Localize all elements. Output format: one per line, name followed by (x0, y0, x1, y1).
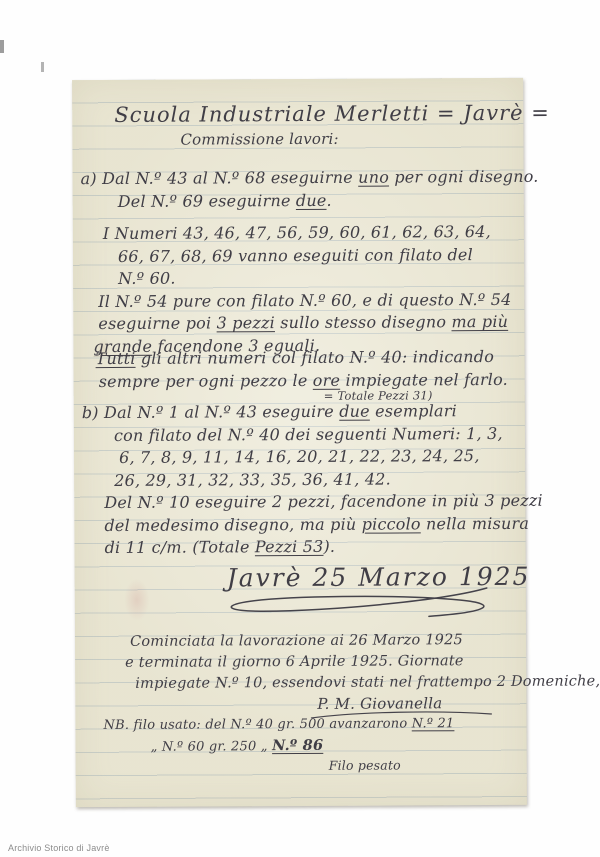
handwritten-text: Commissione lavori: (180, 130, 338, 149)
handwritten-line: N.º 60. (118, 266, 524, 291)
handwritten-text: Javrè 25 Marzo 1925 (227, 561, 531, 592)
handwritten-line: „ N.º 60 gr. 250 „ N.º 86 (151, 733, 527, 757)
handwritten-line: a) Dal N.º 43 al N.º 68 eseguirne uno pe… (81, 166, 524, 191)
handwritten-text: piccolo (362, 514, 421, 533)
handwritten-line: Del N.º 10 eseguire 2 pezzi, facendone i… (104, 490, 525, 515)
handwritten-text: „ N.º 60 gr. 250 „ (151, 739, 273, 755)
handwritten-text: uno (358, 168, 389, 187)
handwritten-text: eseguirne poi (98, 313, 216, 333)
handwritten-line: con filato del N.º 40 dei seguenti Numer… (114, 422, 525, 447)
handwritten-text: del medesimo disegno, ma più (104, 514, 361, 534)
handwritten-line: Cominciata la lavorazione ai 26 Marzo 19… (130, 629, 526, 652)
handwritten-text: due (296, 190, 327, 209)
handwritten-text: I Numeri 43, 46, 47, 56, 59, 60, 61, 62,… (103, 222, 491, 243)
archive-watermark: Archivio Storico di Javrè (8, 843, 110, 853)
handwritten-text: Pezzi 53 (255, 537, 324, 556)
document-lines: Scuola Industriale Merletti = Javrè =Com… (72, 78, 527, 807)
handwritten-line: Javrè 25 Marzo 1925 (227, 559, 526, 595)
handwritten-text: ore (313, 370, 340, 389)
handwritten-text: N.º 21 (412, 716, 455, 731)
handwritten-line: impiegate N.º 10, essendovi stati nel fr… (135, 671, 526, 694)
handwritten-line: NB. filo usato: del N.º 40 gr. 500 avanz… (103, 712, 526, 735)
handwritten-text: Del N.º 69 eseguirne (118, 191, 296, 211)
handwritten-line: 6, 7, 8, 9, 11, 14, 16, 20, 21, 22, 23, … (119, 445, 525, 470)
handwritten-text: impiegate nel farlo. (340, 369, 508, 389)
handwritten-text: e terminata il giorno 6 Aprile 1925. Gio… (125, 653, 464, 671)
handwritten-text: 66, 67, 68, 69 vanno eseguiti con filato… (118, 245, 473, 266)
handwritten-text: N.º 86 (272, 736, 323, 753)
handwritten-line: 66, 67, 68, 69 vanno eseguiti con filato… (118, 243, 524, 268)
handwritten-line: eseguirne poi 3 pezzi sullo stesso diseg… (98, 311, 524, 336)
scan-artifact (41, 62, 44, 72)
handwritten-text: 6, 7, 8, 9, 11, 14, 16, 20, 21, 22, 23, … (119, 446, 480, 467)
handwritten-line: b) Dal N.º 1 al N.º 43 eseguire due esem… (82, 400, 525, 425)
handwritten-text: a) Dal N.º 43 al N.º 68 eseguirne (81, 168, 359, 188)
handwritten-text: impiegate N.º 10, essendovi stati nel fr… (135, 673, 600, 691)
handwritten-text: 26, 29, 31, 32, 33, 35, 36, 41, 42. (114, 469, 391, 489)
scan-artifact (0, 40, 4, 53)
handwritten-line: P. M. Giovanella (317, 692, 526, 713)
handwritten-text: N.º 60. (118, 269, 176, 288)
handwritten-line: I Numeri 43, 46, 47, 56, 59, 60, 61, 62,… (103, 221, 524, 246)
handwritten-text: gli altri numeri col filato N.º 40: indi… (135, 347, 494, 368)
handwritten-line: del medesimo disegno, ma più piccolo nel… (104, 512, 525, 537)
handwritten-text: Del N.º 10 eseguire 2 pezzi, facendone i… (104, 491, 543, 512)
handwritten-line: Commissione lavori: (180, 128, 523, 151)
handwritten-text: con filato del N.º 40 dei seguenti Numer… (114, 423, 503, 444)
handwritten-line: e terminata il giorno 6 Aprile 1925. Gio… (125, 650, 526, 673)
handwritten-text: NB. filo usato: del N.º 40 gr. 500 avanz… (103, 716, 411, 733)
handwritten-text: esemplari (370, 401, 457, 420)
handwritten-text: Tutti (96, 349, 136, 368)
handwritten-text: sempre per ogni pezzo le (99, 370, 313, 390)
handwritten-text: sullo stesso disegno (275, 312, 452, 332)
handwritten-line: Tutti gli altri numeri col filato N.º 40… (96, 346, 525, 371)
handwritten-text: due (339, 402, 370, 421)
document-page: Scuola Industriale Merletti = Javrè =Com… (72, 78, 527, 807)
handwritten-line: Filo pesato (329, 755, 527, 773)
handwritten-line: di 11 c/m. (Totale Pezzi 53). (104, 535, 525, 560)
handwritten-text: Scuola Industriale Merletti = Javrè = (114, 101, 550, 127)
handwritten-text: per ogni disegno. (389, 167, 539, 187)
handwritten-line: Del N.º 69 eseguirne due. (118, 188, 524, 213)
handwritten-text: Cominciata la lavorazione ai 26 Marzo 19… (130, 632, 463, 650)
handwritten-text: b) Dal N.º 1 al N.º 43 eseguire (82, 402, 339, 422)
handwritten-text: ). (323, 537, 335, 556)
handwritten-text: P. M. Giovanella (317, 694, 442, 713)
handwritten-line: 26, 29, 31, 32, 33, 35, 36, 41, 42. (114, 467, 525, 492)
handwritten-text: di 11 c/m. (Totale (104, 537, 254, 557)
handwritten-text: ma più (451, 312, 508, 331)
scan-background: Scuola Industriale Merletti = Javrè =Com… (0, 0, 600, 857)
handwritten-line: sempre per ogni pezzo le ore impiegate n… (99, 368, 525, 393)
handwritten-text: Il N.º 54 pure con filato N.º 60, e di q… (98, 289, 511, 310)
handwritten-line: Il N.º 54 pure con filato N.º 60, e di q… (98, 288, 524, 313)
handwritten-line: Scuola Industriale Merletti = Javrè = (114, 98, 523, 130)
handwritten-text: nella misura (421, 513, 529, 533)
handwritten-text: . (326, 190, 331, 209)
handwritten-text: Filo pesato (329, 757, 401, 772)
handwritten-text: 3 pezzi (217, 313, 275, 332)
